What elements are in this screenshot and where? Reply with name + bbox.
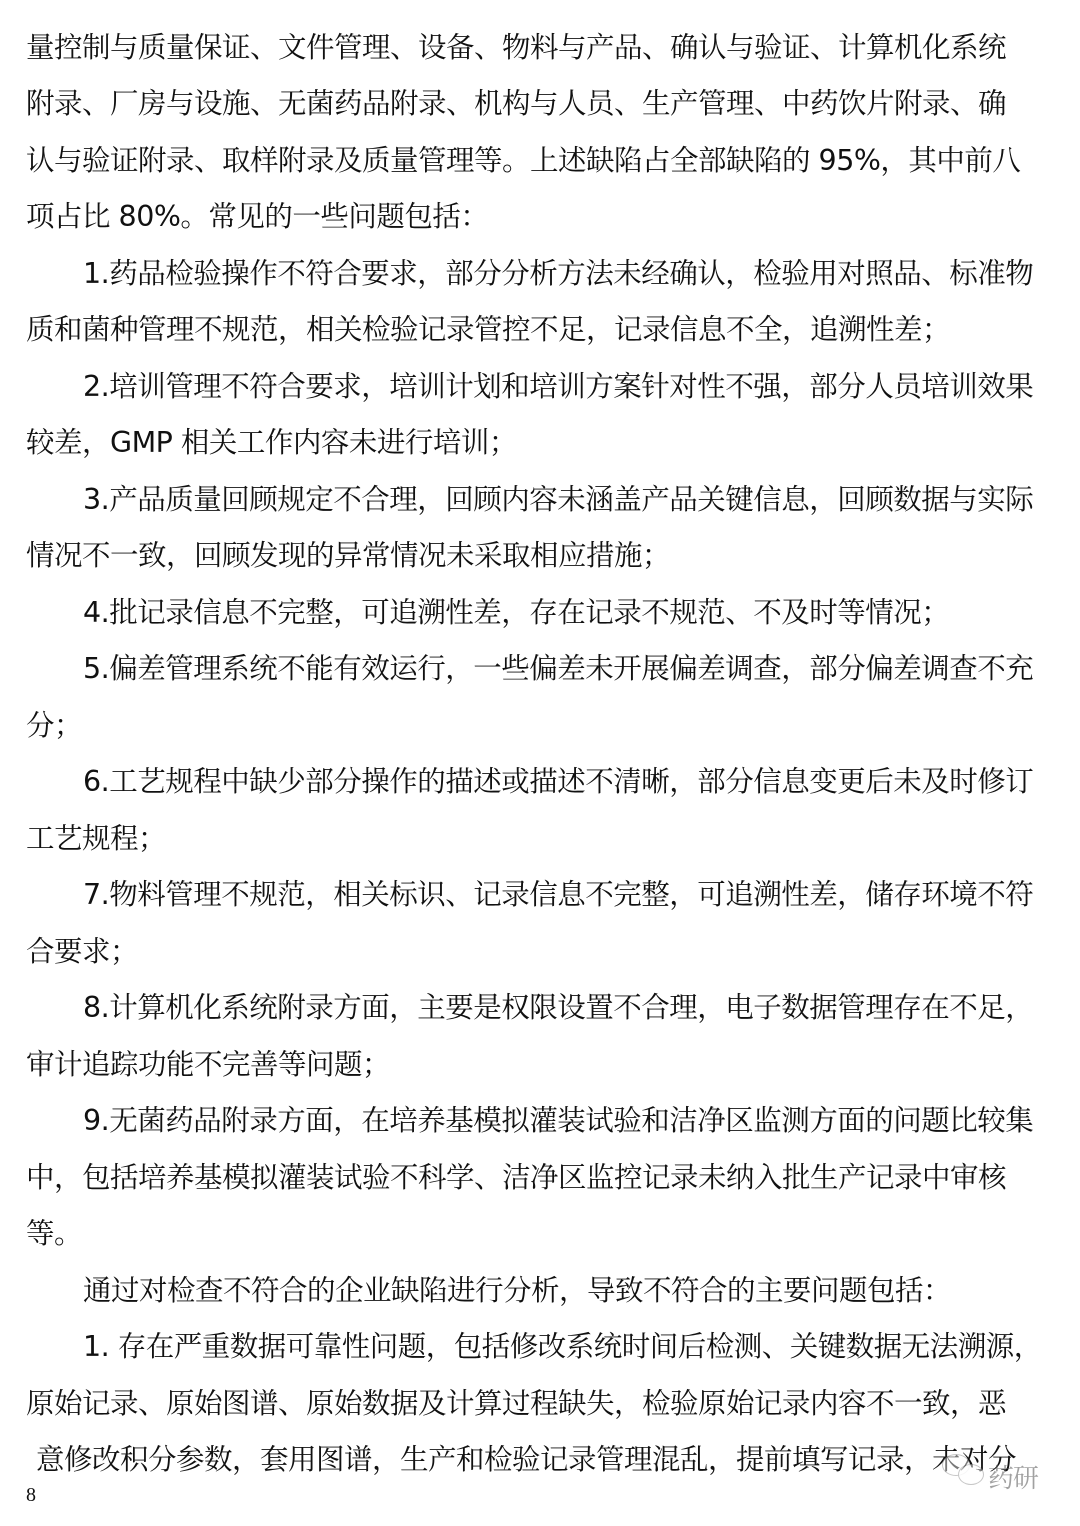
text-line: 中，包括培养基模拟灌装试验不科学、洁净区监控记录未纳入批生产记录中审核 <box>26 1158 1006 1198</box>
text-line: 项占比 80%。常见的一些问题包括： <box>26 197 488 237</box>
list-item-8-line-1: 8.计算机化系统附录方面，主要是权限设置不合理，电子数据管理存在不足， <box>83 988 1033 1028</box>
list-item-1-line-1: 1. 存在严重数据可靠性问题，包括修改系统时间后检测、关键数据无法溯源， <box>83 1327 1042 1367</box>
text-line: 质和菌种管理不规范，相关检验记录管控不足，记录信息不全，追溯性差； <box>26 310 950 350</box>
wechat-watermark: 药研 <box>942 1452 1052 1498</box>
text-line: 工艺规程； <box>26 819 166 859</box>
chat-bubble-icon <box>958 1464 984 1485</box>
list-item-5-line-1: 5.偏差管理系统不能有效运行，一些偏差未开展偏差调查，部分偏差调查不充 <box>83 649 1033 689</box>
list-item-7-line-1: 7.物料管理不规范，相关标识、记录信息不完整，可追溯性差，储存环境不符 <box>83 875 1033 915</box>
page-number: 8 <box>26 1484 36 1507</box>
text-line: 原始记录、原始图谱、原始数据及计算过程缺失，检验原始记录内容不一致，恶 <box>26 1384 1006 1424</box>
watermark-text: 药研 <box>988 1458 1038 1495</box>
list-item-4-line-1: 4.批记录信息不完整，可追溯性差，存在记录不规范、不及时等情况； <box>83 593 949 633</box>
text-line: 附录、厂房与设施、无菌药品附录、机构与人员、生产管理、中药饮片附录、确 <box>26 84 1006 124</box>
list-item-6-line-1: 6.工艺规程中缺少部分操作的描述或描述不清晰，部分信息变更后未及时修订 <box>83 762 1033 802</box>
list-item-9-line-1: 9.无菌药品附录方面，在培养基模拟灌装试验和洁净区监测方面的问题比较集 <box>83 1101 1033 1141</box>
list-item-1-line-1: 1.药品检验操作不符合要求，部分分析方法未经确认，检验用对照品、标准物 <box>83 254 1033 294</box>
text-line: 等。 <box>26 1214 82 1254</box>
text-line: 审计追踪功能不完善等问题； <box>26 1045 390 1085</box>
list-item-2-line-1: 2.培训管理不符合要求，培训计划和培训方案针对性不强，部分人员培训效果 <box>83 367 1033 407</box>
text-line: 分； <box>26 706 82 746</box>
text-line: 量控制与质量保证、文件管理、设备、物料与产品、确认与验证、计算机化系统 <box>26 28 1006 68</box>
text-line: 意修改积分参数，套用图谱，生产和检验记录管理混乱，提前填写记录，未对分 <box>36 1440 1016 1480</box>
text-line: 较差，GMP 相关工作内容未进行培训； <box>26 423 517 463</box>
text-line: 情况不一致，回顾发现的异常情况未采取相应措施； <box>26 536 670 576</box>
text-line: 合要求； <box>26 932 138 972</box>
text-line: 认与验证附录、取样附录及质量管理等。上述缺陷占全部缺陷的 95%，其中前八 <box>26 141 1020 181</box>
list-item-3-line-1: 3.产品质量回顾规定不合理，回顾内容未涵盖产品关键信息，回顾数据与实际 <box>83 480 1033 520</box>
paragraph-intro: 通过对检查不符合的企业缺陷进行分析，导致不符合的主要问题包括： <box>83 1271 951 1311</box>
